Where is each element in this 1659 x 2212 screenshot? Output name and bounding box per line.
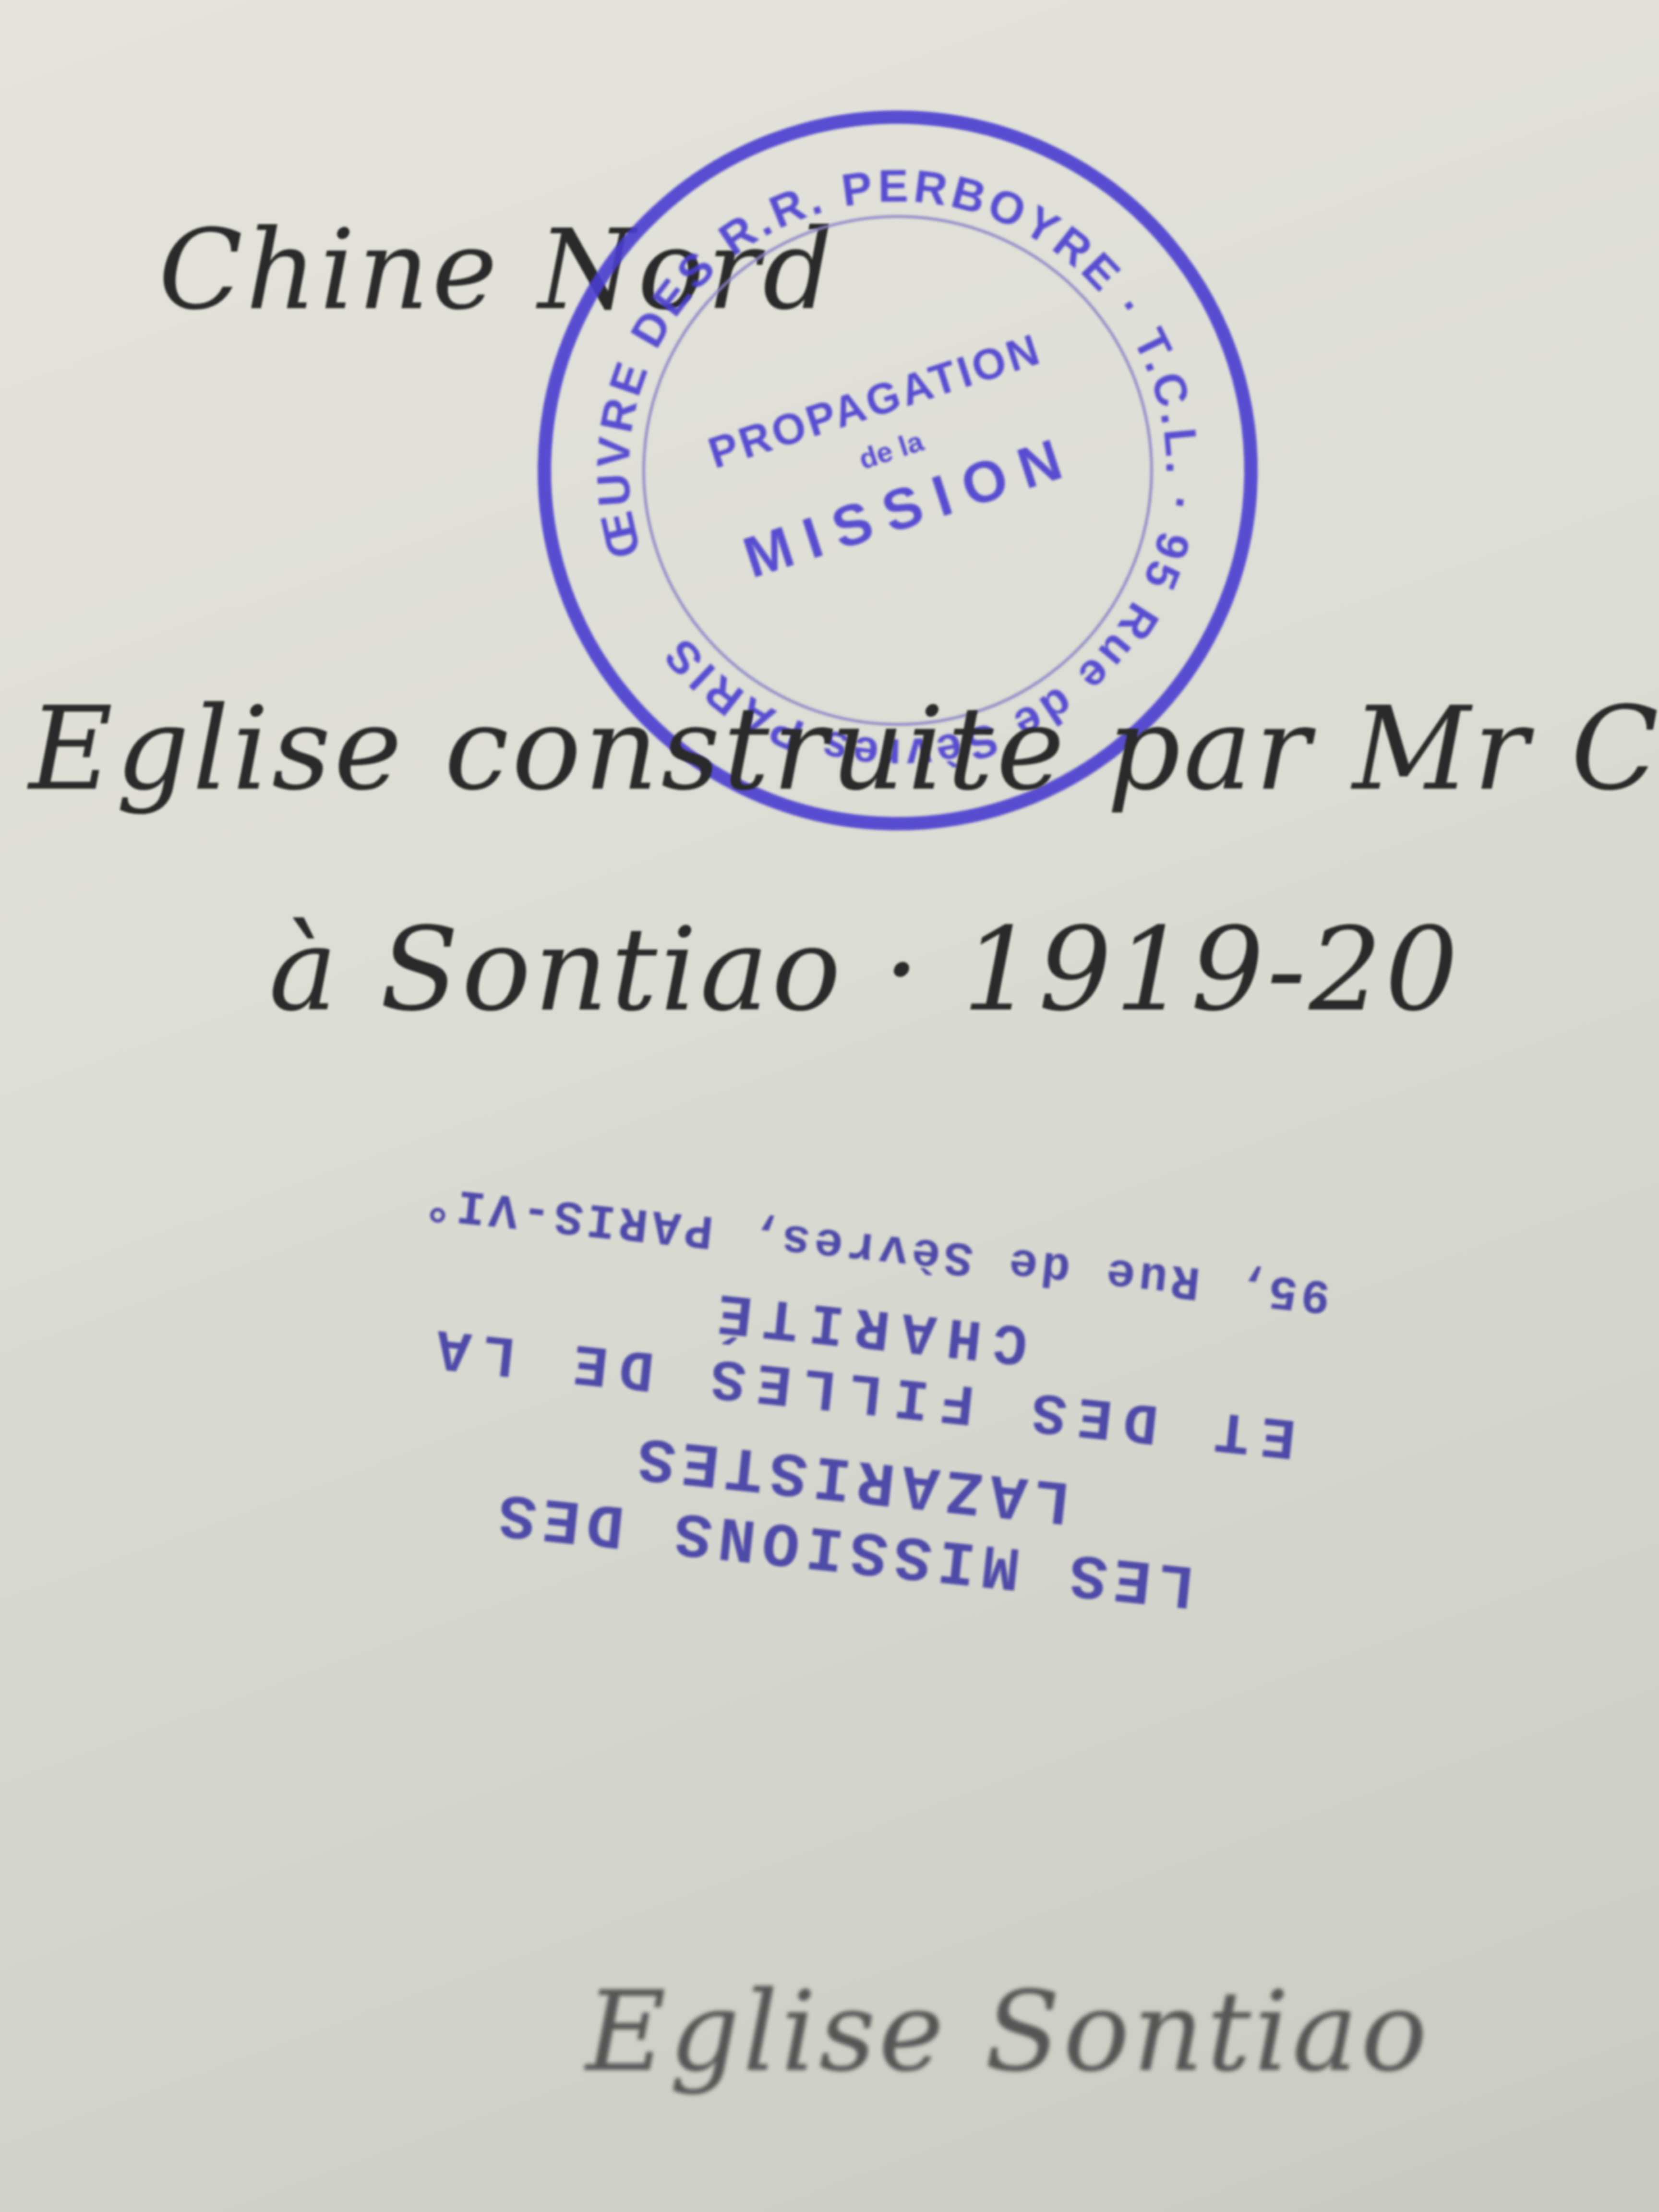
printed-rubber-stamp: LES MISSIONS DES LAZARISTES ET DES FILLE… — [289, 1143, 1429, 1659]
handwritten-line-dedication: Eglise construite par Mr Ceiz — [29, 682, 1659, 816]
pencil-caption: Eglise Sontiao — [586, 1968, 1430, 2096]
handwritten-line-place-date: à Sontiao · 1919-20 — [269, 902, 1461, 1037]
